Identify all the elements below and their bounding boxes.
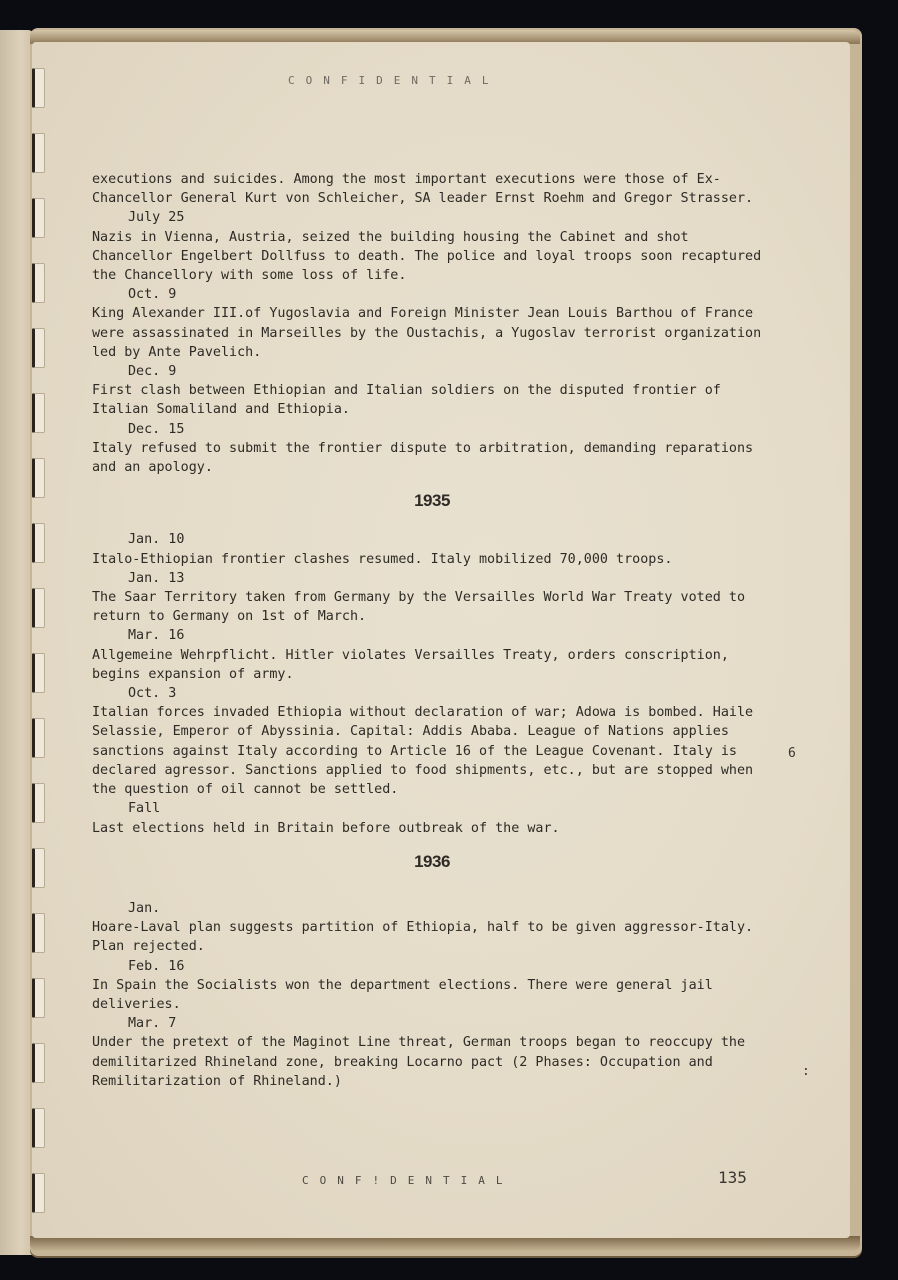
entry-text: Italy refused to submit the frontier dis… bbox=[92, 439, 772, 477]
entry-date: Oct. 3 bbox=[92, 684, 772, 703]
binding-slot bbox=[32, 588, 45, 628]
entry-text: Under the pretext of the Maginot Line th… bbox=[92, 1033, 772, 1091]
binding-slot bbox=[32, 263, 45, 303]
binding-slot bbox=[32, 913, 45, 953]
timeline-entry: Dec. 15Italy refused to submit the front… bbox=[92, 420, 772, 478]
binding-slot bbox=[32, 328, 45, 368]
entry-date: Mar. 16 bbox=[92, 626, 772, 645]
entry-text: Nazis in Vienna, Austria, seized the bui… bbox=[92, 228, 772, 286]
page-bottom-edge bbox=[30, 1236, 860, 1252]
binding-slot bbox=[32, 783, 45, 823]
entry-text: Allgemeine Wehrpflicht. Hitler violates … bbox=[92, 646, 772, 684]
entries-1935: Jan. 10Italo-Ethiopian frontier clashes … bbox=[92, 530, 772, 837]
entry-date: Feb. 16 bbox=[92, 957, 772, 976]
entry-date: Fall bbox=[92, 799, 772, 818]
timeline-entry: Dec. 9First clash between Ethiopian and … bbox=[92, 362, 772, 420]
margin-mark-upper: 6 bbox=[788, 746, 796, 761]
timeline-entry: FallLast elections held in Britain befor… bbox=[92, 799, 772, 837]
margin-mark-lower: : bbox=[802, 1064, 810, 1079]
binding-slot bbox=[32, 68, 45, 108]
timeline-entry: July 25Nazis in Vienna, Austria, seized … bbox=[92, 208, 772, 285]
entry-text: Italian forces invaded Ethiopia without … bbox=[92, 703, 772, 799]
entry-text: Italo-Ethiopian frontier clashes resumed… bbox=[92, 550, 772, 569]
timeline-entry: Feb. 16In Spain the Socialists won the d… bbox=[92, 957, 772, 1015]
binding-slot bbox=[32, 458, 45, 498]
year-heading-1935: 1935 bbox=[92, 491, 772, 510]
entry-date: Jan. bbox=[92, 899, 772, 918]
year-heading-1936: 1936 bbox=[92, 852, 772, 871]
binding-slot bbox=[32, 133, 45, 173]
page-body: executions and suicides. Among the most … bbox=[92, 170, 772, 1091]
binding-slot bbox=[32, 1173, 45, 1213]
binding-slot bbox=[32, 523, 45, 563]
entries-1936: Jan.Hoare-Laval plan suggests partition … bbox=[92, 899, 772, 1091]
timeline-entry: Mar. 16Allgemeine Wehrpflicht. Hitler vi… bbox=[92, 626, 772, 684]
entry-date: Dec. 15 bbox=[92, 420, 772, 439]
page-number: 135 bbox=[718, 1168, 747, 1187]
entry-text: In Spain the Socialists won the departme… bbox=[92, 976, 772, 1014]
binding-slot bbox=[32, 653, 45, 693]
binding-slot bbox=[32, 978, 45, 1018]
entry-date: Oct. 9 bbox=[92, 285, 772, 304]
binding-slot bbox=[32, 1043, 45, 1083]
intro-paragraph: executions and suicides. Among the most … bbox=[92, 170, 772, 208]
entry-text: King Alexander III.of Yugoslavia and For… bbox=[92, 304, 772, 362]
timeline-entry: Oct. 3Italian forces invaded Ethiopia wi… bbox=[92, 684, 772, 799]
entry-text: First clash between Ethiopian and Italia… bbox=[92, 381, 772, 419]
entry-text: Hoare-Laval plan suggests partition of E… bbox=[92, 918, 772, 956]
timeline-entry: Jan. 13The Saar Territory taken from Ger… bbox=[92, 569, 772, 627]
entry-text: Last elections held in Britain before ou… bbox=[92, 819, 772, 838]
binding-slot bbox=[32, 393, 45, 433]
binding-slot bbox=[32, 718, 45, 758]
binding-slot bbox=[32, 1108, 45, 1148]
entry-date: July 25 bbox=[92, 208, 772, 227]
timeline-entry: Oct. 9King Alexander III.of Yugoslavia a… bbox=[92, 285, 772, 362]
binding-slot bbox=[32, 848, 45, 888]
entry-date: Jan. 13 bbox=[92, 569, 772, 588]
entries-1934: July 25Nazis in Vienna, Austria, seized … bbox=[92, 208, 772, 477]
entry-date: Dec. 9 bbox=[92, 362, 772, 381]
footer-confidential-mark: CONF!DENTIAL bbox=[302, 1174, 513, 1187]
timeline-entry: Mar. 7Under the pretext of the Maginot L… bbox=[92, 1014, 772, 1091]
entry-text: The Saar Territory taken from Germany by… bbox=[92, 588, 772, 626]
entry-date: Jan. 10 bbox=[92, 530, 772, 549]
previous-page-edge bbox=[0, 30, 34, 1255]
timeline-entry: Jan. 10Italo-Ethiopian frontier clashes … bbox=[92, 530, 772, 568]
header-confidential-mark: CONFIDENTIAL bbox=[288, 74, 499, 87]
timeline-entry: Jan.Hoare-Laval plan suggests partition … bbox=[92, 899, 772, 957]
binding-slot bbox=[32, 198, 45, 238]
entry-date: Mar. 7 bbox=[92, 1014, 772, 1033]
